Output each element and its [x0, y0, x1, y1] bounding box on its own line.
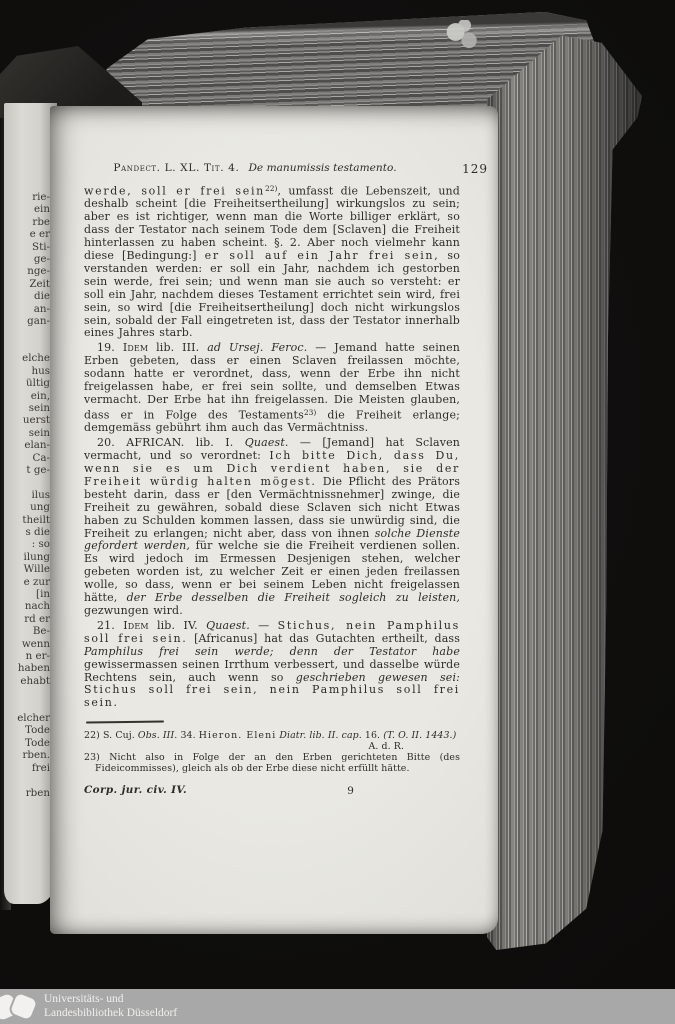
left-page-fragment: uerst	[4, 414, 50, 426]
left-page-fragment: e er	[4, 228, 50, 240]
volume-signature: Corp. jur. civ. IV.	[84, 784, 187, 796]
left-page-fragment: ilung	[4, 551, 50, 563]
body-text: werde, soll er frei sein22), umfasst die…	[84, 183, 460, 710]
book-fore-edge-pages	[487, 30, 642, 950]
body-paragraph: 19. Idem lib. III. ad Ursej. Feroc. — Je…	[84, 342, 460, 435]
library-name: Universitäts- und Landesbibliothek Düsse…	[44, 993, 177, 1020]
left-page-fragment: Tode	[4, 724, 50, 736]
left-page-fragment: rie-	[4, 191, 50, 203]
left-page-fragment: n er-	[4, 650, 50, 662]
running-title: Pandect. L. XL. Tit. 4.	[113, 162, 239, 174]
page-header: Pandect. L. XL. Tit. 4.De manumissis tes…	[84, 162, 460, 174]
left-page-fragment: t ge-	[4, 464, 50, 476]
left-page-fragment: gan-	[4, 315, 50, 327]
left-page-fragment: ung	[4, 501, 50, 513]
left-page-fragment: e zur	[4, 576, 50, 588]
left-page-fragment: Tode	[4, 737, 50, 749]
left-page-fragment: Be-	[4, 625, 50, 637]
library-name-line1: Universitäts- und	[44, 993, 177, 1007]
left-page-fragment: theilt	[4, 514, 50, 526]
left-page-fragment: rd er	[4, 613, 50, 625]
left-page-fragment: ge-	[4, 253, 50, 265]
torn-paper-corner	[446, 20, 478, 50]
left-page-fragment: die	[4, 290, 50, 302]
book-page: Pandect. L. XL. Tit. 4.De manumissis tes…	[50, 106, 498, 934]
left-page-fragment	[4, 476, 50, 488]
page-text-block: Pandect. L. XL. Tit. 4.De manumissis tes…	[84, 162, 460, 796]
left-page-fragment: : so	[4, 538, 50, 550]
body-paragraph: werde, soll er frei sein22), umfasst die…	[84, 183, 460, 340]
left-page-fragment: nach	[4, 600, 50, 612]
footnote: 23) Nicht also in Folge der an den Erben…	[84, 752, 460, 774]
left-page-fragment: [in	[4, 588, 50, 600]
left-page-fragment	[4, 327, 50, 339]
footnote-separator-rule	[86, 721, 164, 724]
library-name-line2: Landesbibliothek Düsseldorf	[44, 1007, 177, 1021]
ulb-logo-icon	[0, 990, 44, 1023]
left-page-fragment: ilus	[4, 489, 50, 501]
page-footer: Corp. jur. civ. IV. 9	[84, 784, 460, 796]
footnote-signature: A. d. R.	[95, 741, 460, 752]
footnotes: 22) S. Cuj. Obs. III. 34. Hieron. Eleni …	[84, 730, 460, 774]
left-page-fragment: nge-	[4, 265, 50, 277]
left-page-fragment	[4, 700, 50, 712]
left-page-fragment: Sti-	[4, 241, 50, 253]
scanned-book-photo: { "colors": { "background": "#0d0c0b", "…	[0, 0, 675, 1024]
left-page-fragment: rben.	[4, 749, 50, 761]
left-page-fragment	[4, 687, 50, 699]
left-page-fragment: hus	[4, 365, 50, 377]
left-page-fragment: an-	[4, 303, 50, 315]
left-page-fragment: elcher	[4, 712, 50, 724]
left-page-fragment: Zeit	[4, 278, 50, 290]
left-page-fragment: elan-	[4, 439, 50, 451]
running-title-latin: De manumissis testamento.	[248, 162, 396, 174]
left-page-fragment: s die	[4, 526, 50, 538]
left-page-fragment: ein,	[4, 390, 50, 402]
left-page-fragment: rbe	[4, 216, 50, 228]
footnote: 22) S. Cuj. Obs. III. 34. Hieron. Eleni …	[84, 730, 460, 752]
left-page-fragment: ültig	[4, 377, 50, 389]
body-paragraph: 20. AFRICAN. lib. I. Quaest. — [Jemand] …	[84, 437, 460, 618]
left-page-fragment: wenn	[4, 638, 50, 650]
left-page-fragment	[4, 774, 50, 786]
left-page-fragment	[4, 340, 50, 352]
body-paragraph: 21. Idem lib. IV. Quaest. — Stichus, nei…	[84, 620, 460, 710]
left-page-fragment: sein	[4, 427, 50, 439]
left-page-fragment: Ca-	[4, 452, 50, 464]
left-page-fragment: Wille	[4, 563, 50, 575]
left-page-fragments: rie-einrbee erSti-ge-nge-Zeitdiean-gan- …	[4, 191, 50, 799]
left-page-fragment: rben	[4, 787, 50, 799]
left-page-fragment: frei	[4, 762, 50, 774]
left-page-fragment: elche	[4, 352, 50, 364]
library-watermark-bar: Universitäts- und Landesbibliothek Düsse…	[0, 989, 675, 1024]
left-page-fragment: ehabt	[4, 675, 50, 687]
left-page-fragment: sein	[4, 402, 50, 414]
sheet-signature: 9	[347, 785, 354, 797]
left-page-fragment: haben	[4, 662, 50, 674]
page-number: 129	[462, 162, 488, 176]
left-page-fragment: ein	[4, 203, 50, 215]
